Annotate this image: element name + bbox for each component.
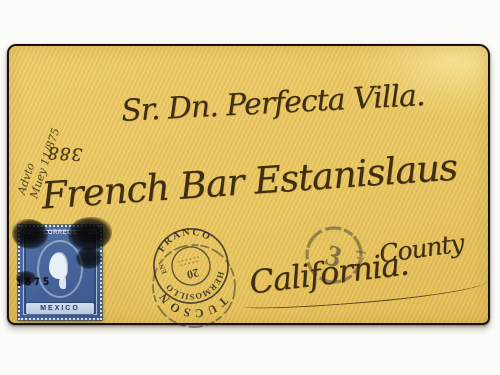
rate-handstamp: 3 — [297, 218, 371, 292]
franco-text: FRANCO — [153, 221, 216, 256]
stamp-portrait-oval — [37, 240, 83, 298]
stamp-country-label: MEXICO — [26, 303, 94, 314]
rate-handstamp-text: 3 — [322, 238, 346, 274]
address-line-1: Sr. Dn. Perfecta Villa. — [120, 78, 425, 129]
en-text: EN — [158, 263, 169, 275]
hidalgo-portrait-icon — [49, 252, 68, 279]
datestamp-day: 20 — [185, 266, 200, 282]
datestamp-smudge — [178, 257, 200, 266]
hermosillo-datestamp: FRANCO EN HERMOSILLO 20 — [143, 218, 239, 314]
photo-background: Advto Muey 11/875 388 Sr. Dn. Perfecta V… — [0, 0, 500, 375]
franco-text-holder: FRANCO — [153, 221, 216, 256]
postage-stamp: 25 CORREOS 25 MEXICO 1875 — [18, 225, 102, 320]
envelope: Advto Muey 11/875 388 Sr. Dn. Perfecta V… — [7, 44, 490, 325]
cork-cancel-blob — [76, 247, 102, 269]
cork-cancel-blob — [12, 219, 48, 249]
cork-cancel-blob — [68, 217, 112, 251]
manuscript-number: 388 — [47, 142, 83, 164]
cork-cancel-blob — [16, 271, 36, 285]
address-line-2: French Bar Estanislaus — [40, 146, 458, 218]
